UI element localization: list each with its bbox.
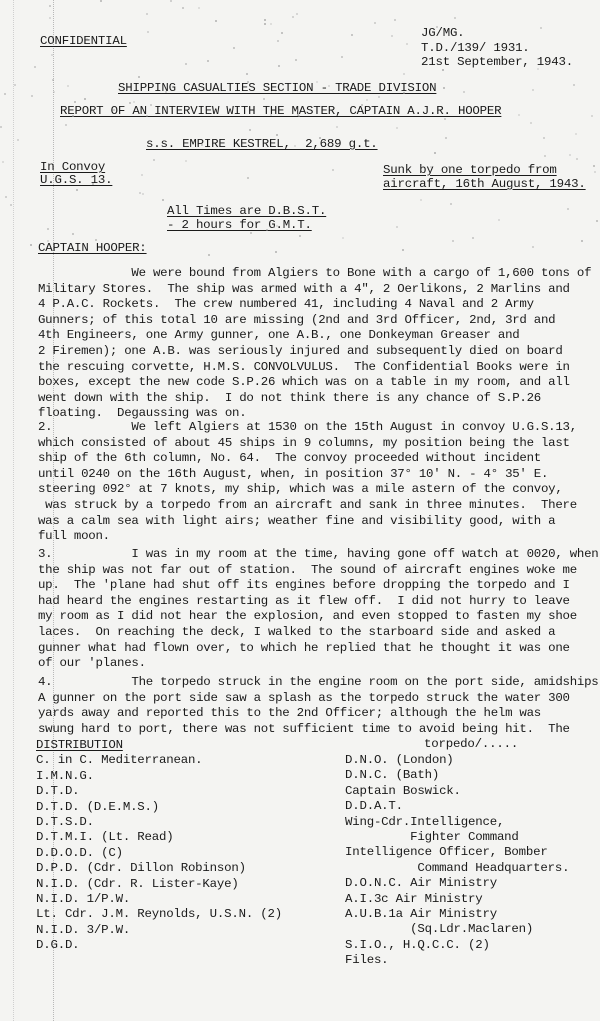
scan-speck: [445, 137, 447, 139]
scan-speck: [65, 124, 67, 126]
scan-speck: [208, 254, 210, 256]
scan-speck: [378, 96, 380, 98]
scan-speck: [463, 91, 465, 93]
scan-speck: [336, 126, 338, 128]
distribution-item: (Sq.Ldr.Maclaren): [345, 922, 569, 937]
scan-speck: [540, 27, 542, 29]
scan-speck: [573, 84, 575, 86]
scan-speck: [394, 19, 396, 21]
distribution-item: D.T.S.D.: [36, 815, 282, 830]
paragraph-3: 3. I was in my room at the time, having …: [38, 547, 583, 672]
distribution-item: C. in C. Mediterranean.: [36, 753, 282, 768]
scan-speck: [567, 208, 569, 210]
scan-speck: [2, 161, 4, 163]
paragraph-line: went down with the ship. I do not think …: [38, 391, 583, 407]
scan-speck: [434, 152, 436, 154]
distribution-item: D.D.A.T.: [345, 799, 569, 814]
paragraph-line: 2. We left Algiers at 1530 on the 15th A…: [38, 420, 583, 436]
convoy-id: U.G.S. 13.: [40, 173, 112, 189]
scan-speck: [276, 134, 278, 136]
scan-speck: [434, 83, 436, 85]
scan-speck: [138, 76, 140, 78]
scan-speck: [532, 89, 534, 91]
scan-speck: [403, 73, 405, 75]
distribution-item: Intelligence Officer, Bomber: [345, 845, 569, 860]
scan-speck: [498, 219, 500, 221]
scan-speck: [150, 104, 152, 106]
scan-speck: [215, 20, 217, 22]
scan-speck: [146, 115, 148, 117]
scan-speck: [468, 180, 470, 182]
reference-initials: JG/MG.: [421, 26, 464, 42]
distribution-item: Fighter Command: [345, 830, 569, 845]
scan-speck: [53, 91, 55, 93]
scan-speck: [474, 184, 476, 186]
scan-speck: [596, 220, 598, 222]
scan-speck: [92, 183, 94, 185]
continuation-marker: torpedo/.....: [424, 737, 518, 753]
paragraph-line: 3. I was in my room at the time, having …: [38, 547, 583, 563]
scan-speck: [328, 85, 330, 87]
scan-speck: [593, 165, 595, 167]
scan-speck: [34, 66, 36, 68]
scan-speck: [391, 35, 393, 37]
paragraph-line: Gunners; of this total 10 are missing (2…: [38, 313, 583, 329]
scan-speck: [76, 189, 78, 191]
scan-speck: [316, 81, 318, 83]
scan-speck: [420, 199, 422, 201]
distribution-item: A.U.B.1a Air Ministry: [345, 907, 569, 922]
paragraph-line: up. The 'plane had shut off its engines …: [38, 578, 583, 594]
scan-speck: [361, 104, 363, 106]
paragraph-line: had heard the engines restarting as it f…: [38, 594, 583, 610]
distribution-item: N.I.D. 1/P.W.: [36, 892, 282, 907]
distribution-item: N.I.D. 3/P.W.: [36, 923, 282, 938]
scan-speck: [207, 60, 209, 62]
scan-speck: [448, 166, 450, 168]
scan-speck: [0, 126, 2, 128]
scan-speck: [250, 232, 252, 234]
scan-speck: [17, 139, 19, 141]
scan-speck: [141, 174, 143, 176]
paragraph-1: We were bound from Algiers to Bone with …: [38, 266, 583, 422]
distribution-item: D.D.O.D. (C): [36, 846, 282, 861]
distribution-item: Command Headquarters.: [345, 861, 569, 876]
paragraph-line: was struck by a torpedo from an aircraft…: [38, 498, 583, 514]
scan-speck: [452, 240, 454, 242]
scan-speck: [296, 13, 298, 15]
ship-title: s.s. EMPIRE KESTREL, 2,689 g.t.: [146, 137, 378, 153]
fate-line-2: aircraft, 16th August, 1943.: [383, 177, 586, 193]
scan-speck: [47, 240, 49, 242]
scan-speck: [436, 26, 438, 28]
scan-speck: [591, 115, 593, 117]
paragraph-line: was a calm sea with light airs; weather …: [38, 514, 583, 530]
distribution-item: D.N.O. (London): [345, 753, 569, 768]
scan-speck: [594, 171, 596, 173]
scan-speck: [396, 226, 398, 228]
distribution-item: D.O.N.C. Air Ministry: [345, 876, 569, 891]
scan-speck: [472, 237, 474, 239]
scan-speck: [10, 204, 12, 206]
scan-speck: [263, 98, 265, 100]
distribution-item: D.T.D. (D.E.M.S.): [36, 800, 282, 815]
paragraph-line: yards away and reported this to the 2nd …: [38, 706, 583, 722]
scan-speck: [264, 19, 266, 21]
scan-speck: [233, 47, 235, 49]
scan-speck: [278, 65, 280, 67]
report-title: REPORT OF AN INTERVIEW WITH THE MASTER, …: [60, 104, 501, 120]
distribution-item: D.P.D. (Cdr. Dillon Robinson): [36, 861, 282, 876]
scan-speck: [294, 145, 296, 147]
scan-speck: [31, 95, 33, 97]
paragraph-line: gunner what had flown over, to which he …: [38, 641, 583, 657]
scan-speck: [51, 54, 53, 56]
distribution-item: D.N.C. (Bath): [345, 768, 569, 783]
scan-speck: [247, 177, 249, 179]
paragraph-line: laces. On reaching the deck, I walked to…: [38, 625, 583, 641]
distribution-item: Wing-Cdr.Intelligence,: [345, 815, 569, 830]
scan-speck: [518, 114, 520, 116]
distribution-item: D.T.D.: [36, 784, 282, 799]
scan-speck: [532, 246, 534, 248]
paragraph-line: A gunner on the port side saw a splash a…: [38, 691, 583, 707]
scan-speck: [543, 137, 545, 139]
scan-speck: [430, 166, 432, 168]
scan-speck: [575, 133, 577, 135]
scan-speck: [266, 229, 268, 231]
scan-speck: [201, 144, 203, 146]
scan-speck: [81, 42, 83, 44]
scan-speck: [182, 7, 184, 9]
distribution-item: Lt. Cdr. J.M. Reynolds, U.S.N. (2): [36, 907, 282, 922]
paragraph-line: which consisted of about 45 ships in 9 c…: [38, 436, 583, 452]
scan-speck: [52, 79, 54, 81]
distribution-item: I.M.N.G.: [36, 769, 282, 784]
scan-speck: [4, 93, 6, 95]
scan-speck: [153, 159, 155, 161]
scan-speck: [247, 81, 249, 83]
scan-speck: [270, 114, 272, 116]
scan-speck: [406, 43, 408, 45]
paragraph-line: the ship was not far out of station. The…: [38, 563, 583, 579]
scan-speck: [249, 129, 251, 131]
scan-speck: [113, 109, 115, 111]
distribution-item: D.G.D.: [36, 938, 282, 953]
scan-speck: [292, 16, 294, 18]
scan-speck: [403, 92, 405, 94]
paragraph-line: swung hard to port, there was not suffic…: [38, 722, 583, 738]
scan-speck: [299, 235, 301, 237]
distribution-item: A.I.3c Air Ministry: [345, 892, 569, 907]
scan-speck: [95, 239, 97, 241]
scan-speck: [147, 31, 149, 33]
scan-speck: [443, 87, 445, 89]
paragraph-line: 4th Engineers, one Army gunner, one A.B.…: [38, 328, 583, 344]
paragraph-2: 2. We left Algiers at 1530 on the 15th A…: [38, 420, 583, 545]
scan-speck: [275, 251, 277, 253]
distribution-item: S.I.O., H.Q.C.C. (2): [345, 938, 569, 953]
scan-speck: [86, 38, 88, 40]
scan-speck: [198, 7, 200, 9]
document-date: 21st September, 1943.: [421, 55, 573, 71]
scan-speck: [185, 63, 187, 65]
paragraph-4: 4. The torpedo struck in the engine room…: [38, 675, 583, 737]
scan-speck: [281, 32, 283, 34]
paragraph-line: ship of the 6th column, No. 64. The conv…: [38, 451, 583, 467]
scan-speck: [295, 59, 297, 61]
classification-label: CONFIDENTIAL: [40, 34, 127, 50]
scan-speck: [162, 199, 164, 201]
document-page: CONFIDENTIAL JG/MG. T.D./139/ 1931. 21st…: [0, 0, 600, 1021]
scan-speck: [396, 127, 398, 129]
scan-speck: [341, 56, 343, 58]
scan-speck: [146, 13, 148, 15]
scan-speck: [74, 101, 76, 103]
scan-speck: [332, 169, 334, 171]
paragraph-line: of our 'planes.: [38, 656, 583, 672]
distribution-item: D.T.M.I. (Lt. Read): [36, 830, 282, 845]
scan-speck: [454, 17, 456, 19]
scan-speck: [133, 101, 135, 103]
scan-speck: [530, 122, 532, 124]
distribution-heading: DISTRIBUTION: [36, 738, 282, 753]
paragraph-line: We were bound from Algiers to Bone with …: [38, 266, 583, 282]
scan-speck: [100, 0, 102, 2]
scan-speck: [270, 23, 272, 25]
paragraph-line: the rescuing corvette, H.M.S. CONVOLVULU…: [38, 360, 583, 376]
scan-speck: [408, 183, 410, 185]
scan-speck: [170, 0, 172, 2]
scan-speck: [165, 91, 167, 93]
scan-speck: [264, 23, 266, 25]
scan-speck: [67, 85, 69, 87]
scan-speck: [537, 68, 539, 70]
scan-speck: [297, 109, 299, 111]
scan-speck: [246, 73, 248, 75]
distribution-item: Files.: [345, 953, 569, 968]
paragraph-line: 2 Firemen); one A.B. was seriously injur…: [38, 344, 583, 360]
scan-speck: [49, 17, 51, 19]
scan-speck: [498, 43, 500, 45]
scan-speck: [402, 249, 404, 251]
scan-speck: [185, 160, 187, 162]
paragraph-line: 4. The torpedo struck in the engine room…: [38, 675, 583, 691]
scan-speck: [142, 193, 144, 195]
scan-speck: [342, 237, 344, 239]
scan-speck: [581, 240, 583, 242]
scan-speck: [273, 226, 275, 228]
scan-speck: [366, 99, 368, 101]
paragraph-line: until 0240 on the 16th August, when, in …: [38, 467, 583, 483]
scan-speck: [129, 102, 131, 104]
scan-speck: [276, 225, 278, 227]
scan-edge-line: [13, 0, 14, 1021]
times-note-line-2: - 2 hours for G.M.T.: [167, 218, 312, 234]
paragraph-line: Military Stores. The ship was armed with…: [38, 282, 583, 298]
scan-speck: [47, 228, 49, 230]
speaker-heading: CAPTAIN HOOPER:: [38, 241, 147, 257]
distribution-right-column: D.N.O. (London) D.N.C. (Bath) Captain Bo…: [345, 753, 569, 969]
scan-speck: [498, 46, 500, 48]
scan-speck: [51, 42, 53, 44]
scan-speck: [544, 155, 546, 157]
scan-speck: [30, 244, 32, 246]
scan-speck: [319, 137, 321, 139]
paragraph-line: full moon.: [38, 529, 583, 545]
scan-speck: [84, 98, 86, 100]
scan-speck: [444, 118, 446, 120]
scan-speck: [277, 40, 279, 42]
scan-speck: [442, 69, 444, 71]
paragraph-line: boxes, except the new code S.P.26 which …: [38, 375, 583, 391]
scan-speck: [450, 203, 452, 205]
paragraph-line: steering 092° at 7 knots, my ship, which…: [38, 482, 583, 498]
scan-speck: [351, 34, 353, 36]
paragraph-line: my room as I did not hear the explosion,…: [38, 609, 583, 625]
scan-speck: [49, 5, 51, 7]
scan-speck: [298, 115, 300, 117]
scan-speck: [569, 154, 571, 156]
distribution-left-column: DISTRIBUTION C. in C. Mediterranean. I.M…: [36, 738, 282, 954]
scan-speck: [14, 84, 16, 86]
scan-speck: [5, 196, 7, 198]
distribution-item: Captain Boswick.: [345, 784, 569, 799]
scan-speck: [368, 140, 370, 142]
distribution-item: N.I.D. (Cdr. R. Lister-Kaye): [36, 877, 282, 892]
scan-speck: [72, 233, 74, 235]
scan-speck: [374, 22, 376, 24]
scan-speck: [72, 115, 74, 117]
scan-speck: [576, 158, 578, 160]
paragraph-line: 4 P.A.C. Rockets. The crew numbered 41, …: [38, 297, 583, 313]
scan-speck: [139, 192, 141, 194]
section-title: SHIPPING CASUALTIES SECTION - TRADE DIVI…: [118, 81, 436, 97]
